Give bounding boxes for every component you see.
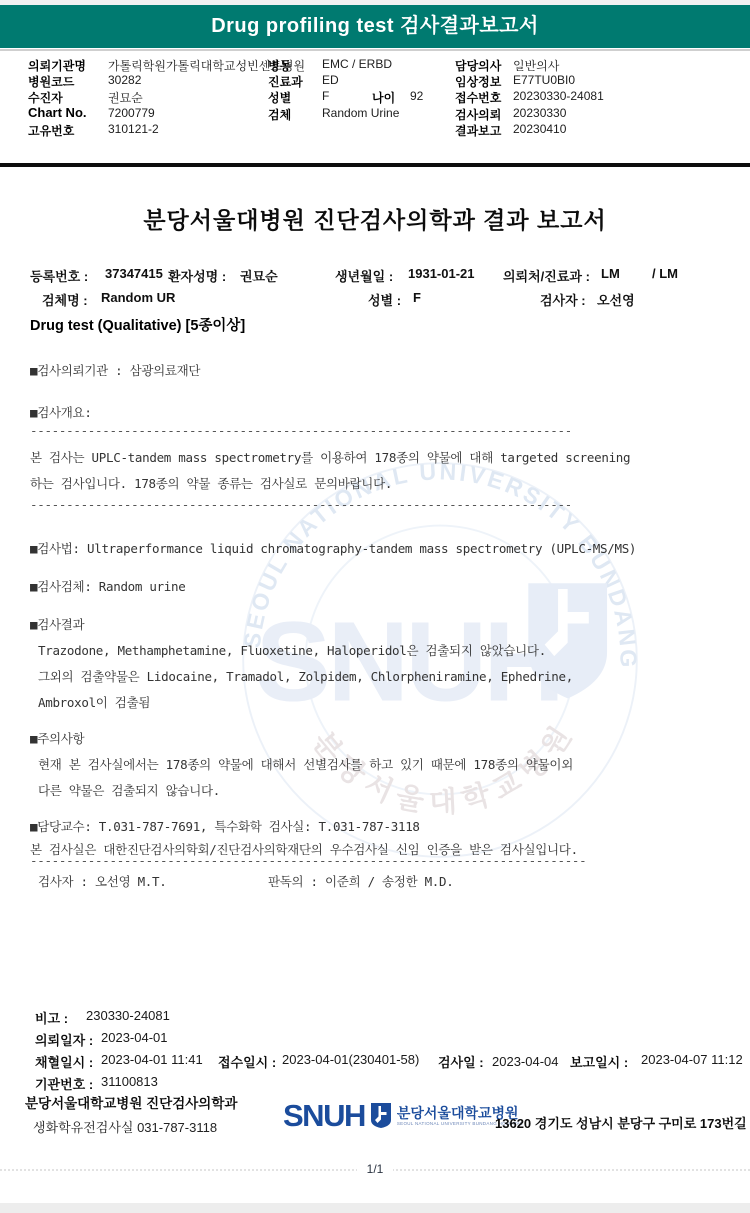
label-receipt-time: 접수일시 :	[218, 1052, 276, 1071]
label-specimen: 검체	[268, 106, 291, 123]
sign-examiner: 검사자 : 오선영 M.T.	[38, 872, 166, 890]
label-birth-date: 생년월일 :	[335, 266, 393, 285]
label-org-no: 기관번호 :	[35, 1074, 93, 1093]
label-examiner: 검사자 :	[540, 290, 586, 309]
footer-department: 분당서울대학교병원 진단검사의학과	[25, 1092, 237, 1112]
value-doctor: 일반의사	[513, 57, 559, 74]
label-chart-no: Chart No.	[28, 105, 87, 120]
value-clinical-info: E77TU0BI0	[513, 73, 575, 87]
footer-lab-phone: 생화학유전검사실 031-787-3118	[33, 1117, 217, 1136]
label-unique-no: 고유번호	[28, 122, 74, 139]
page-number: 1/1	[0, 1162, 750, 1176]
body-result-line2: 그외의 검출약물은 Lidocaine, Tramadol, Zolpidem,…	[38, 667, 573, 685]
body-specimen: ■검사검체: Random urine	[30, 577, 186, 595]
label-referrer-dept: 의뢰처/진료과 :	[503, 266, 590, 285]
body-dash-2: ----------------------------------------…	[30, 497, 570, 512]
label-patient-name: 환자성명 :	[168, 266, 226, 285]
watermark-snuh-text: SNUH	[256, 598, 562, 725]
label-department: 진료과	[268, 73, 303, 90]
banner-underline	[0, 49, 750, 51]
body-overview-line1: 본 검사는 UPLC-tandem mass spectrometry를 이용하…	[30, 448, 630, 466]
body-result-line1: Trazodone, Methamphetamine, Fluoxetine, …	[38, 641, 546, 659]
value-ward: EMC / ERBD	[322, 57, 392, 71]
snuh-logo: SNUH 분당서울대학교병원 SEOUL NATIONAL UNIVERSITY…	[283, 1100, 523, 1131]
body-result-header: ■검사결과	[30, 615, 84, 633]
value-test-date: 2023-04-04	[492, 1054, 559, 1069]
header-divider	[0, 163, 750, 167]
value-chart-no: 7200779	[108, 106, 155, 120]
label-clinical-info: 임상정보	[455, 73, 501, 90]
hospital-address: 13620 경기도 성남시 분당구 구미로 173번길 82	[495, 1113, 750, 1132]
label-sex: 성별	[268, 89, 291, 106]
body-dash-1: ----------------------------------------…	[30, 423, 570, 438]
value-collect-time: 2023-04-01 11:41	[101, 1052, 203, 1067]
value-unique-no: 310121-2	[108, 122, 159, 136]
label-reg-no: 등록번호 :	[30, 266, 88, 285]
banner-title: Drug profiling test 검사결과보고서	[211, 15, 539, 37]
value-result-date: 20230410	[513, 122, 566, 136]
value-birth-date: 1931-01-21	[408, 266, 475, 281]
test-name: Drug test (Qualitative) [5종이상]	[30, 314, 245, 335]
value-sex2: F	[413, 290, 421, 305]
body-dash-3: ----------------------------------------…	[30, 853, 588, 868]
document-title: 분당서울대병원 진단검사의학과 결과 보고서	[0, 202, 750, 235]
report-banner: Drug profiling test 검사결과보고서	[0, 5, 750, 48]
label-age: 나이	[372, 89, 395, 106]
label-requesting-org: 의뢰기관명	[28, 57, 86, 74]
body-result-line3: Ambroxol이 검출됨	[38, 693, 150, 711]
value-accession-no: 20230330-24081	[513, 89, 604, 103]
label-hospital-code: 병원코드	[28, 73, 74, 90]
value-age: 92	[410, 89, 423, 103]
value-report-time: 2023-04-07 11:12	[641, 1052, 743, 1067]
snuh-shield-icon	[370, 1102, 392, 1129]
bottom-strip	[0, 1203, 750, 1213]
label-result-date: 결과보고	[455, 122, 501, 139]
value-order-date: 20230330	[513, 106, 566, 120]
label-test-date: 검사일 :	[438, 1052, 484, 1071]
value-sex: F	[322, 89, 329, 103]
value-patient: 권묘순	[108, 89, 143, 106]
value-reg-no: 37347415	[105, 266, 163, 281]
body-caution-line1: 현재 본 검사실에서는 178종의 약물에 대해서 선별검사를 하고 있기 때문…	[38, 755, 573, 773]
label-specimen-name: 검체명 :	[42, 290, 88, 309]
value-specimen-name: Random UR	[101, 290, 175, 305]
snuh-logo-text: SNUH	[283, 1100, 365, 1131]
label-request-date: 의뢰일자 :	[35, 1030, 93, 1049]
body-request-org: ■검사의뢰기관 : 삼광의료재단	[30, 361, 200, 379]
body-caution-header: ■주의사항	[30, 729, 84, 747]
lab-report-page: Drug profiling test 검사결과보고서 의뢰기관명 가톨릭학원가…	[0, 0, 750, 1213]
body-method: ■검사법: Ultraperformance liquid chromatogr…	[30, 539, 636, 557]
value-request-date: 2023-04-01	[101, 1030, 168, 1045]
value-patient-name: 권묘순	[240, 266, 278, 285]
value-department: ED	[322, 73, 339, 87]
body-overview-header: ■검사개요:	[30, 403, 92, 421]
label-doctor: 담당의사	[455, 57, 501, 74]
body-contact: ■담당교수: T.031-787-7691, 특수화학 검사실: T.031-7…	[30, 817, 420, 835]
value-org-no: 31100813	[101, 1074, 158, 1089]
value-examiner: 오선영	[597, 290, 635, 309]
label-ward: 병동	[268, 57, 291, 74]
value-note: 230330-24081	[86, 1008, 170, 1023]
value-referrer-dept: / LM	[652, 266, 678, 281]
value-hospital-code: 30282	[108, 73, 141, 87]
value-receipt-time: 2023-04-01(230401-58)	[282, 1052, 419, 1067]
label-collect-time: 채혈일시 :	[35, 1052, 93, 1071]
label-sex2: 성별 :	[368, 290, 401, 309]
label-report-time: 보고일시 :	[570, 1052, 628, 1071]
label-patient: 수진자	[28, 89, 63, 106]
label-note: 비고 :	[35, 1008, 68, 1027]
label-accession-no: 접수번호	[455, 89, 501, 106]
value-referrer: LM	[601, 266, 620, 281]
body-caution-line2: 다른 약물은 검출되지 않습니다.	[38, 781, 220, 799]
sign-reviewer: 판독의 : 이준희 / 송정한 M.D.	[268, 872, 453, 890]
body-overview-line2: 하는 검사입니다. 178종의 약물 종류는 검사실로 문의바랍니다.	[30, 474, 392, 492]
watermark-outer-ring	[243, 463, 637, 857]
label-order-date: 검사의뢰	[455, 106, 501, 123]
value-specimen: Random Urine	[322, 106, 399, 120]
